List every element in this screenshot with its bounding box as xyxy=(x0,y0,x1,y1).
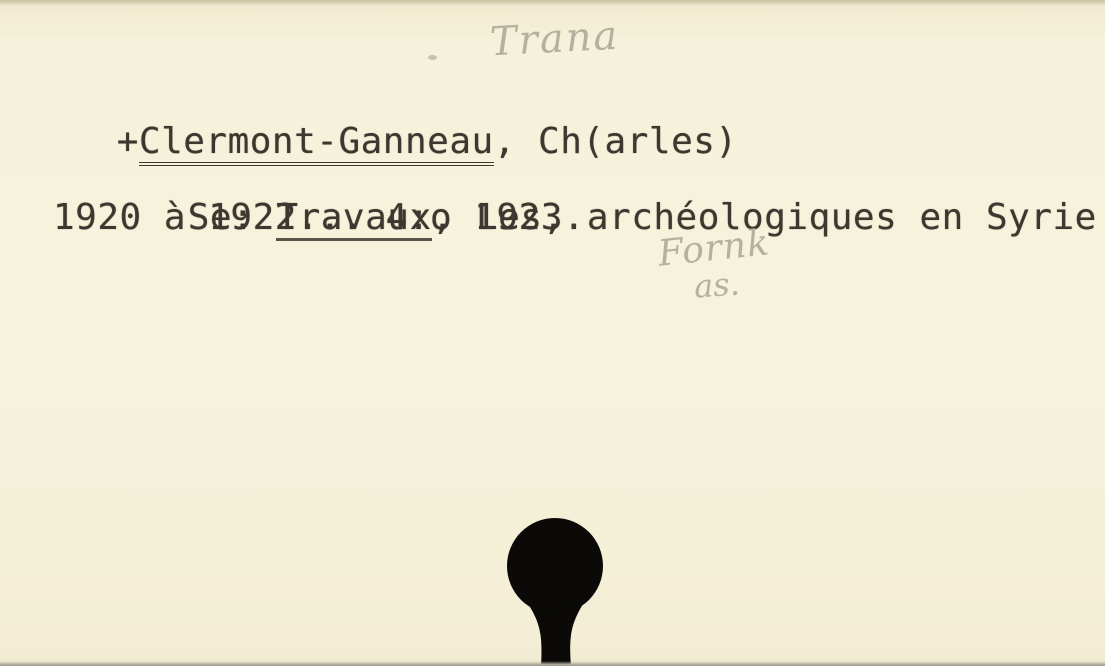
card-bottom-edge xyxy=(0,661,1105,666)
heading-separator: , xyxy=(494,121,538,162)
pencil-annotation-trana: Trana xyxy=(489,13,620,66)
catalog-card: Trana +Clermont-Ganneau, Ch(arles) Se: T… xyxy=(0,0,1105,666)
see-reference-line2: 1920 à 1922... 4:o 1923. xyxy=(53,200,585,236)
pencil-speck xyxy=(428,55,437,60)
author-surname: Clermont-Ganneau xyxy=(139,121,494,166)
author-forename: Ch(arles) xyxy=(538,121,738,162)
plus-mark: + xyxy=(117,121,139,162)
card-top-edge xyxy=(0,0,1105,6)
keyhole-punch-icon xyxy=(503,518,607,666)
pencil-annotation-as: as. xyxy=(693,264,741,305)
